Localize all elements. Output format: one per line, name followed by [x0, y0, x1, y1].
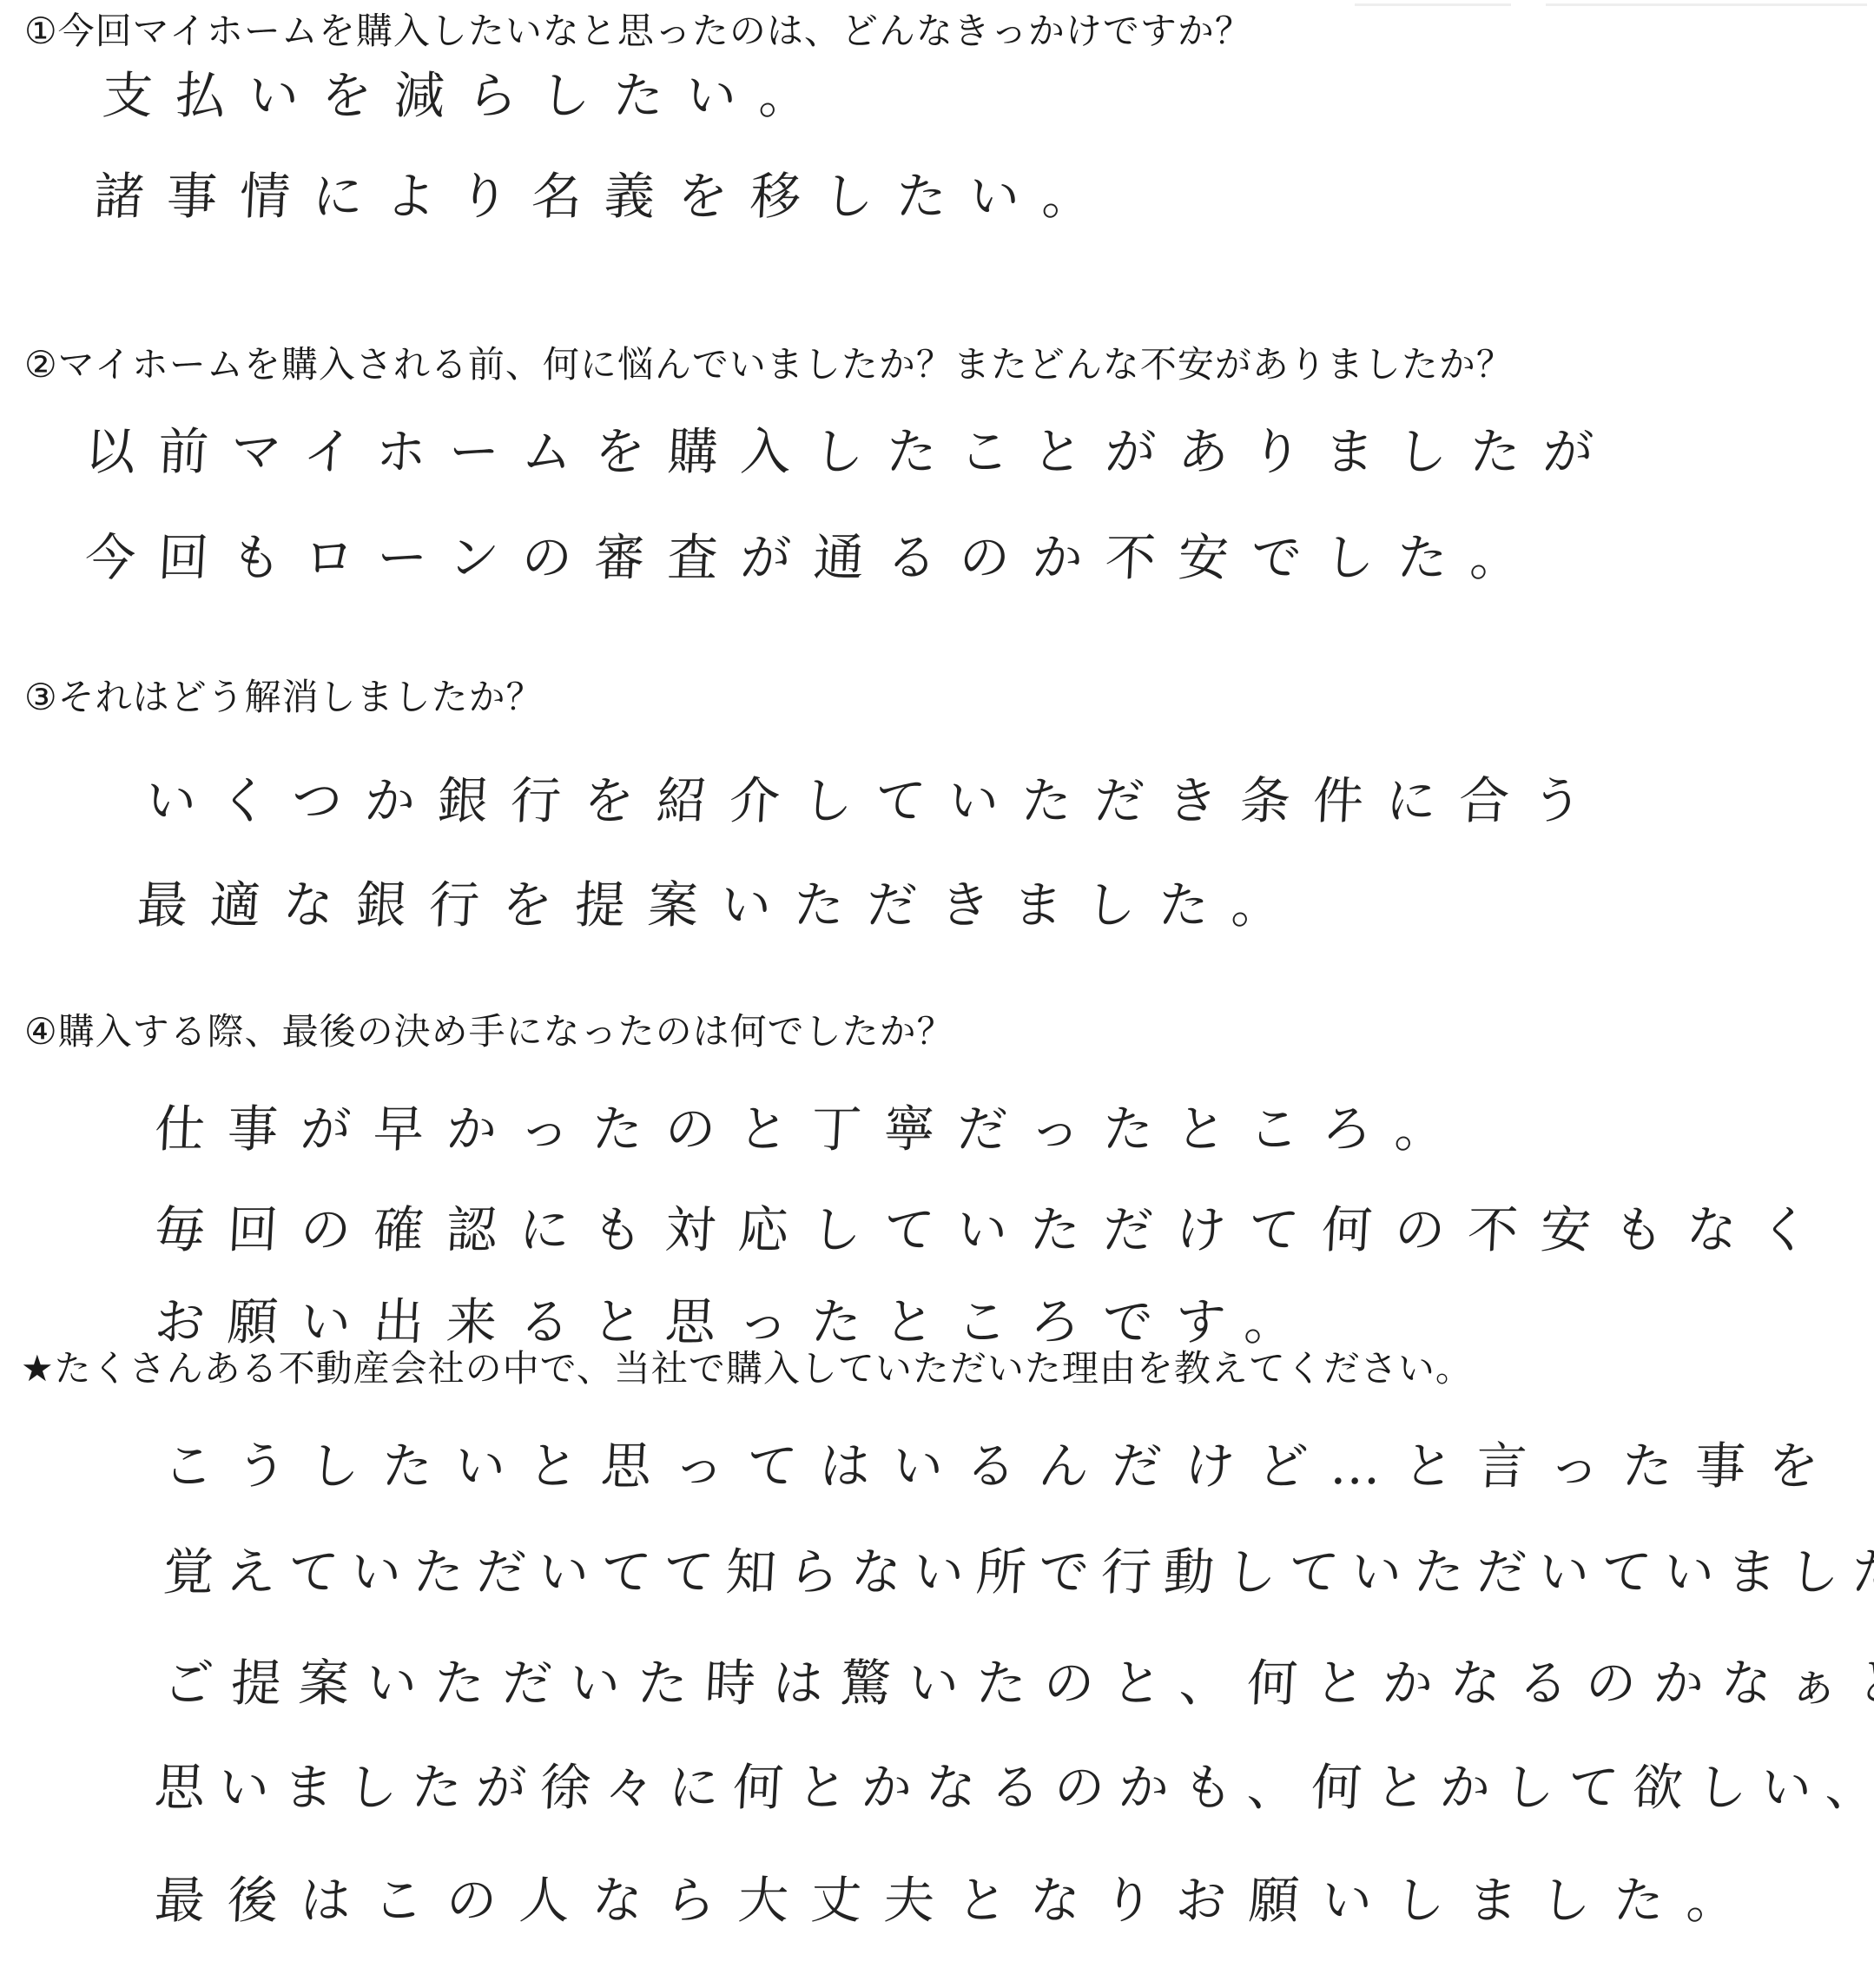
answer-5-line-5: 最後はこの人なら大丈夫となりお願いしました。	[153, 1867, 1761, 1933]
answer-5-line-3: ご提案いただいた時は驚いたのと、何とかなるのかなぁと	[162, 1650, 1874, 1716]
scan-edge-artifact	[1546, 3, 1867, 6]
answer-4-line-1: 仕事が早かったのと丁寧だったところ。	[153, 1096, 1469, 1162]
answer-2-line-2: 今回もローンの審査が通るのか不安でした。	[83, 525, 1545, 591]
answer-1-line-1: 支払いを減らしたい。	[101, 63, 834, 129]
answer-1-line-2: 諸事情により名義を移したい。	[92, 163, 1117, 229]
answer-4-line-2: 毎回の確認にも対応していただけて何の不安もなく	[153, 1197, 1834, 1263]
question-3: ③それはどう解消しましたか？	[24, 673, 544, 722]
answer-5-line-2: 覚えていただいてて知らない所で行動していただいていました。	[162, 1539, 1874, 1605]
answer-5-line-1: こうしたいと思ってはいるんだけど…と言った事を	[162, 1433, 1843, 1499]
answer-3-line-1: いくつか銀行を紹介していただき条件に合う	[144, 768, 1607, 834]
answer-2-line-1: 以前マイホームを購入したことがありましたが	[83, 419, 1618, 485]
question-1: ①今回マイホームを購入したいなと思ったのは、どんなきっかけですか？	[24, 7, 1252, 56]
scan-edge-artifact	[1355, 3, 1511, 6]
question-4: ④購入する際、最後の決め手になったのは何でしたか？	[24, 1007, 954, 1056]
answer-5-line-4: 思いましたが徐々に何とかなるのかも、何とかして欲しい、	[153, 1754, 1874, 1820]
question-2: ②マイホームを購入される前、何に悩んでいましたか？またどんな不安がありましたか？	[24, 340, 1514, 389]
answer-3-line-2: 最適な銀行を提案いただきました。	[135, 872, 1306, 938]
question-5: ★たくさんある不動産会社の中で、当社で購入していただいた理由を教えてください。	[21, 1344, 1473, 1393]
